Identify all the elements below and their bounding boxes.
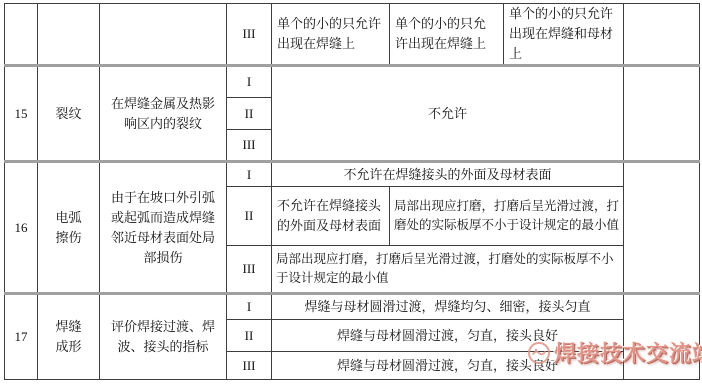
cell-grade-15-2: II: [227, 98, 272, 130]
cell-defect-name-15: 裂纹: [38, 66, 100, 162]
watermark-text: 焊接技术交流站: [554, 337, 702, 368]
cell-defect-desc-17: 评价焊接过渡、焊波、接头的指标: [100, 294, 227, 380]
watermark: 焊接技术交流站: [527, 337, 702, 368]
cell-req-17-1: 焊缝与母材圆滑过渡，焊缝均匀、细密，接头匀直: [272, 294, 624, 320]
cell-grade-continuation: III: [227, 4, 272, 66]
cell-seq-15: 15: [5, 66, 38, 162]
cell-seq-16: 16: [5, 162, 38, 294]
row-15-grade-1: 15 裂纹 在焊缝金属及热影响区内的裂纹 I 不允许: [5, 66, 700, 98]
cell-req-continuation-2: 单个的小的只允许出现在焊缝上: [390, 4, 504, 66]
cell-grade-17-1: I: [227, 294, 272, 320]
cell-req-continuation-3: 单个的小的只允许出现在焊缝和母材上: [504, 4, 624, 66]
cell-empty-seq: [5, 4, 38, 66]
cell-defect-name-17: 焊缝成形: [38, 294, 100, 380]
cell-grade-15-3: III: [227, 130, 272, 162]
cell-grade-16-1: I: [227, 162, 272, 187]
cell-defect-desc-15: 在焊缝金属及热影响区内的裂纹: [100, 66, 227, 162]
row-17-grade-1: 17 焊缝成形 评价焊接过渡、焊波、接头的指标 I 焊缝与母材圆滑过渡，焊缝均匀…: [5, 294, 700, 320]
cell-req-16-3: 局部出现应打磨，打磨后呈光滑过渡，打磨处的实际板厚不小于设计规定的最小值: [272, 246, 624, 294]
page: III 单个的小的只允许出现在焊缝上 单个的小的只允许出现在焊缝上 单个的小的只…: [0, 0, 702, 386]
cell-grade-16-3: III: [227, 246, 272, 294]
cell-req-15: 不允许: [272, 66, 624, 162]
row-continuation: III 单个的小的只允许出现在焊缝上 单个的小的只允许出现在焊缝上 单个的小的只…: [5, 4, 700, 66]
cell-grade-15-1: I: [227, 66, 272, 98]
cell-req-continuation-1: 单个的小的只允许出现在焊缝上: [272, 4, 390, 66]
cell-seq-17: 17: [5, 294, 38, 380]
cell-empty-last-col: [624, 162, 700, 294]
cell-empty-last-col: [624, 4, 700, 66]
cell-empty-desc: [100, 4, 227, 66]
cell-defect-desc-16: 由于在坡口外引弧或起弧而造成焊缝邻近母材表面处局部损伤: [100, 162, 227, 294]
cell-defect-name-16: 电弧擦伤: [38, 162, 100, 294]
cell-grade-17-3: III: [227, 352, 272, 380]
row-16-grade-1: 16 电弧擦伤 由于在坡口外引弧或起弧而造成焊缝邻近母材表面处局部损伤 I 不允…: [5, 162, 700, 187]
cell-empty-name: [38, 4, 100, 66]
cell-req-16-1: 不允许在焊缝接头的外面及母材表面: [272, 162, 624, 187]
weld-defects-table: III 单个的小的只允许出现在焊缝上 单个的小的只允许出现在焊缝上 单个的小的只…: [4, 3, 700, 380]
cell-req-16-2-right: 局部出现应打磨，打磨后呈光滑过渡，打磨处的实际板厚不小于设计规定的最小值: [390, 187, 624, 246]
watermark-logo-icon: [527, 341, 551, 365]
cell-req-16-2-left: 不允许在焊缝接头的外面及母材表面: [272, 187, 390, 246]
cell-empty-last-col: [624, 66, 700, 162]
cell-grade-17-2: II: [227, 320, 272, 352]
cell-grade-16-2: II: [227, 187, 272, 246]
